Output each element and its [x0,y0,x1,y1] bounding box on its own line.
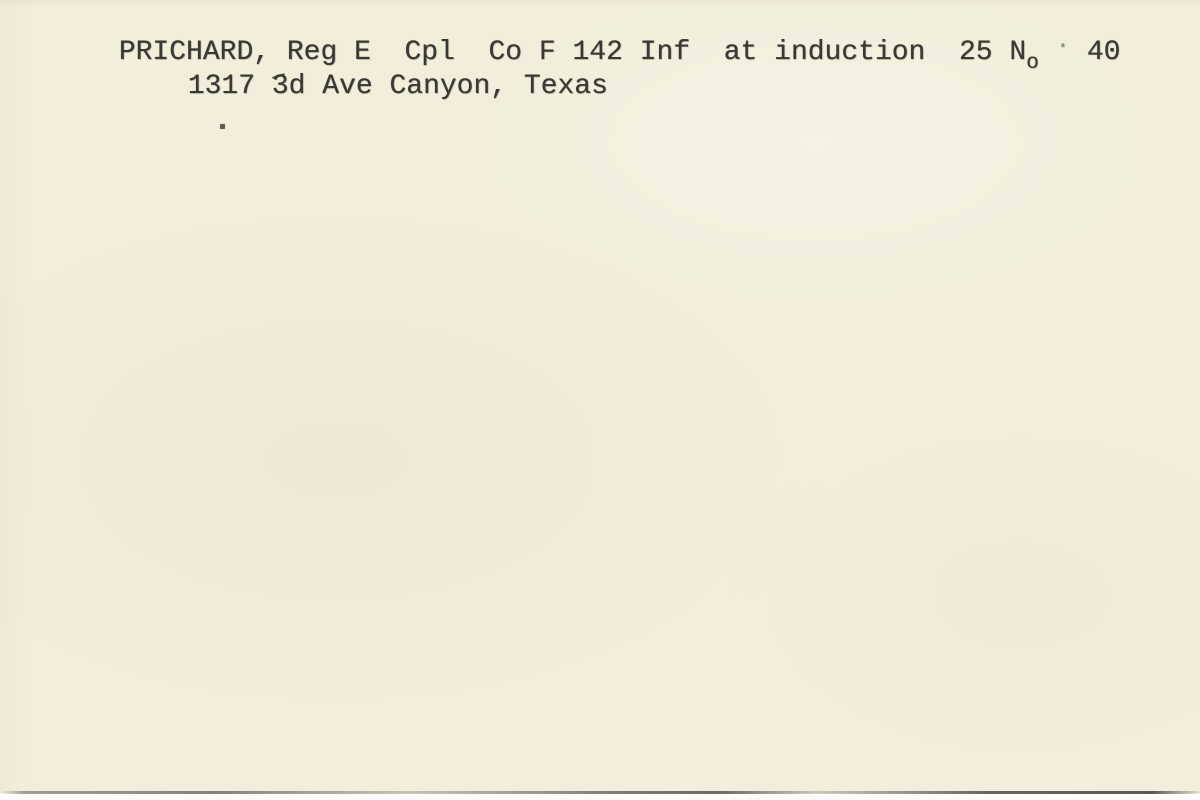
index-card: PRICHARD, Reg E Cpl Co F 142 Inf at indu… [0,0,1200,793]
subscript-o: o [1026,48,1039,80]
year-text: 40 [1070,37,1120,68]
card-bottom-edge [0,791,1200,794]
scanned-document: PRICHARD, Reg E Cpl Co F 142 Inf at indu… [0,0,1200,800]
street-number-text: 1317 [188,71,272,102]
typewritten-line-2: 1317 3d Ave Canyon, Texas [87,39,608,135]
address-text: d Ave Canyon, Texas [289,71,608,102]
ink-speck [220,124,225,129]
overstruck-character: 3 [272,71,289,103]
faint-ink-dot: · [1056,31,1070,63]
